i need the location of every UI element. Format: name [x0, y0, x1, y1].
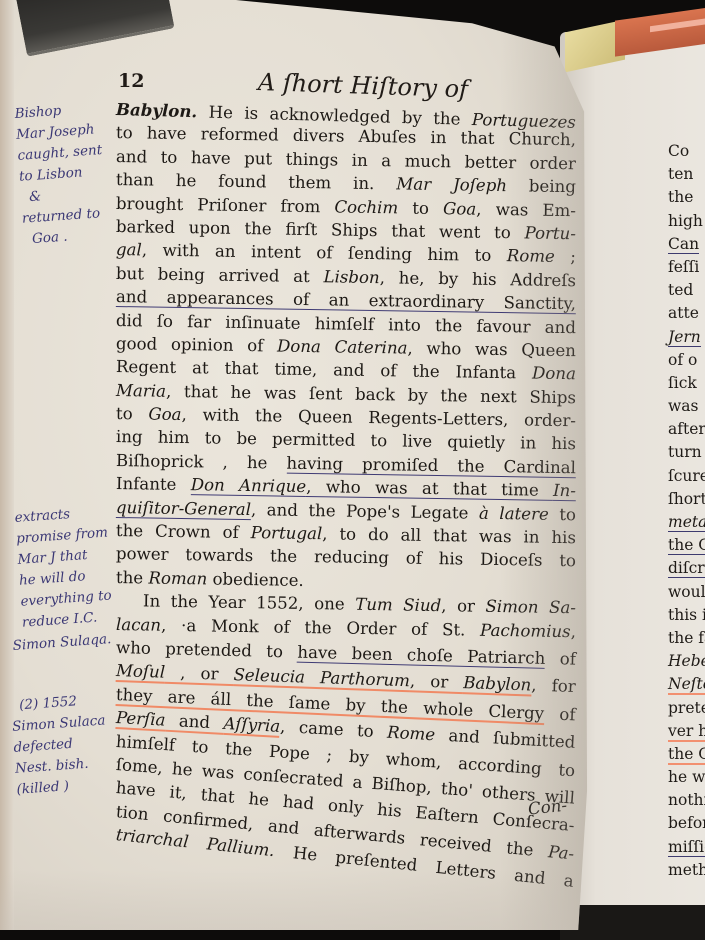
text-segment: quiſitor-General — [116, 498, 251, 520]
text-segment: Goa — [148, 405, 181, 425]
page-body-text: Babylon. He is acknowledged by the Portu… — [116, 98, 576, 870]
margin-note: BishopMar Josephcaught, sentto Lisbon &r… — [14, 98, 109, 251]
text-segment: Babylon — [463, 674, 532, 697]
facing-page-fragment: atte — [668, 304, 699, 322]
facing-page-fragment: turn — [668, 443, 702, 461]
text-segment: Babylon. — [116, 99, 198, 121]
text-segment: to — [398, 198, 443, 218]
text-segment: being — [507, 176, 576, 196]
text-segment: Tum Siud — [355, 595, 441, 615]
text-segment: , he, by his Addreſs — [380, 268, 577, 290]
facing-page-fragment: preten — [668, 699, 705, 717]
facing-page-fragment: the C — [668, 745, 705, 765]
margin-note: (2) 1552Simon SulacadefectedNest. bish.(… — [10, 689, 111, 800]
text-segment: à latere — [479, 503, 549, 523]
text-segment: , or — [410, 672, 464, 695]
facing-page-fragment: this i — [668, 606, 705, 624]
facing-page-fragment: woul — [668, 583, 705, 601]
text-segment: to — [116, 404, 149, 424]
text-segment: who pretended to — [116, 638, 298, 662]
text-segment: Simon Sa- — [485, 597, 576, 617]
text-segment: Rome — [387, 723, 436, 745]
text-segment: Infante — [116, 474, 191, 494]
text-segment: Portu- — [524, 223, 576, 243]
text-segment: than he found them in. — [116, 170, 397, 193]
facing-page-fragment: after — [668, 420, 705, 438]
facing-page-fragment: Neſtor — [668, 675, 705, 695]
facing-page-fragment: feſſi — [668, 258, 699, 276]
facing-page-fragment: ted — [668, 281, 693, 299]
text-segment: and — [165, 711, 224, 735]
text-segment: Don Anrique — [191, 475, 307, 497]
facing-page-text: CotenthehighCanfeſſitedatteJernof oſickw… — [668, 140, 705, 882]
text-segment: good opinion of — [116, 334, 277, 356]
text-segment: Mar Joſeph — [396, 175, 507, 196]
text-segment: , was Em- — [476, 199, 576, 220]
facing-page-fragment: miſſion — [668, 838, 705, 857]
text-segment: have been choſe Patriarch — [297, 643, 545, 669]
facing-page-fragment: Co — [668, 142, 689, 160]
text-segment: In- — [553, 481, 576, 501]
text-segment: Portugal — [251, 523, 323, 543]
facing-page-fragment: ſhort — [668, 490, 705, 508]
text-segment: but being arrived at — [116, 264, 324, 286]
facing-page-fragment: before — [668, 814, 705, 832]
text-segment: to — [549, 504, 576, 523]
facing-page-fragment: nothin — [668, 791, 705, 809]
text-segment: , came to — [280, 717, 388, 742]
text-segment: , who was Queen — [407, 338, 576, 360]
facing-page-fragment: the fa — [668, 629, 705, 647]
text-segment: ; — [555, 247, 576, 266]
text-segment: Perſia — [115, 708, 166, 732]
margin-note-line: Goa . — [23, 224, 109, 251]
page-number: 12 — [118, 70, 144, 92]
text-segment: Cochim — [334, 197, 398, 217]
text-segment: Rome — [507, 246, 555, 266]
text-segment: lacan — [116, 615, 161, 635]
text-segment: Dona Caterina — [277, 336, 408, 357]
text-segment: gal — [116, 240, 142, 259]
text-segment: brought Priſoner from — [116, 194, 335, 216]
facing-page-fragment: of o — [668, 351, 697, 369]
facing-page-fragment: the — [668, 188, 693, 206]
handwritten-margin-notes: BishopMar Josephcaught, sentto Lisbon &r… — [8, 0, 118, 940]
text-segment: of — [544, 704, 576, 724]
text-segment: , to do all that was in his — [322, 524, 576, 547]
text-segment: Pachomius — [480, 620, 571, 640]
facing-page-fragment: Hebe — [668, 652, 705, 670]
text-segment: of — [545, 649, 576, 669]
facing-page-fragment: high — [668, 212, 703, 230]
text-segment: obedience. — [207, 569, 304, 590]
text-segment: Maria — [116, 381, 166, 401]
facing-page-shadow — [560, 905, 705, 940]
text-segment: the — [116, 568, 149, 588]
facing-page-fragment: Jern — [668, 328, 701, 347]
text-segment: Moſul — [116, 661, 166, 684]
text-segment: Dona — [532, 364, 576, 384]
book-page: 12 A ſhort Hiſtory of Babylon. He is ack… — [0, 0, 590, 930]
facing-page-fragment: ſick — [668, 374, 697, 392]
facing-page-fragment: the C — [668, 536, 705, 555]
facing-page-fragment: was — [668, 397, 698, 415]
facing-page-fragment: metan — [668, 513, 705, 532]
text-segment: the Crown of — [116, 521, 251, 542]
text-segment: , with an intent of ſending him to — [142, 241, 507, 266]
facing-page-fragment: metho — [668, 861, 705, 879]
text-segment: Roman — [148, 568, 207, 588]
facing-page-fragment: ſcure — [668, 467, 705, 485]
facing-page-fragment: he wa — [668, 768, 705, 786]
text-segment: Goa — [443, 199, 476, 219]
text-segment: , and the Pope's Legate — [251, 500, 479, 523]
text-segment: Lisbon — [323, 267, 379, 287]
text-segment: , ·a Monk of the Order of St. — [161, 615, 480, 639]
text-segment: , or — [165, 663, 234, 686]
text-segment: , or — [441, 596, 486, 616]
text-segment: In the Year 1552, one — [143, 592, 356, 614]
facing-page-fragment: diſcre — [668, 559, 705, 578]
text-segment: and ſubmitted — [435, 725, 576, 752]
facing-page-fragment: ten — [668, 165, 693, 183]
text-segment: Pa- — [547, 842, 575, 863]
facing-page-fragment: Can — [668, 235, 699, 254]
margin-note: extractspromise fromMar J thathe will do… — [14, 502, 115, 634]
text-segment: , for — [531, 676, 576, 697]
text-segment: , who was at that time — [306, 477, 553, 501]
photo-scene: CotenthehighCanfeſſitedatteJernof oſickw… — [0, 0, 705, 940]
text-segment: Biſhoprick , he — [116, 451, 287, 473]
facing-page-fragment: ver h — [668, 722, 705, 742]
text-segment: , — [571, 622, 577, 641]
text-segment: Aſſyria — [223, 714, 281, 738]
